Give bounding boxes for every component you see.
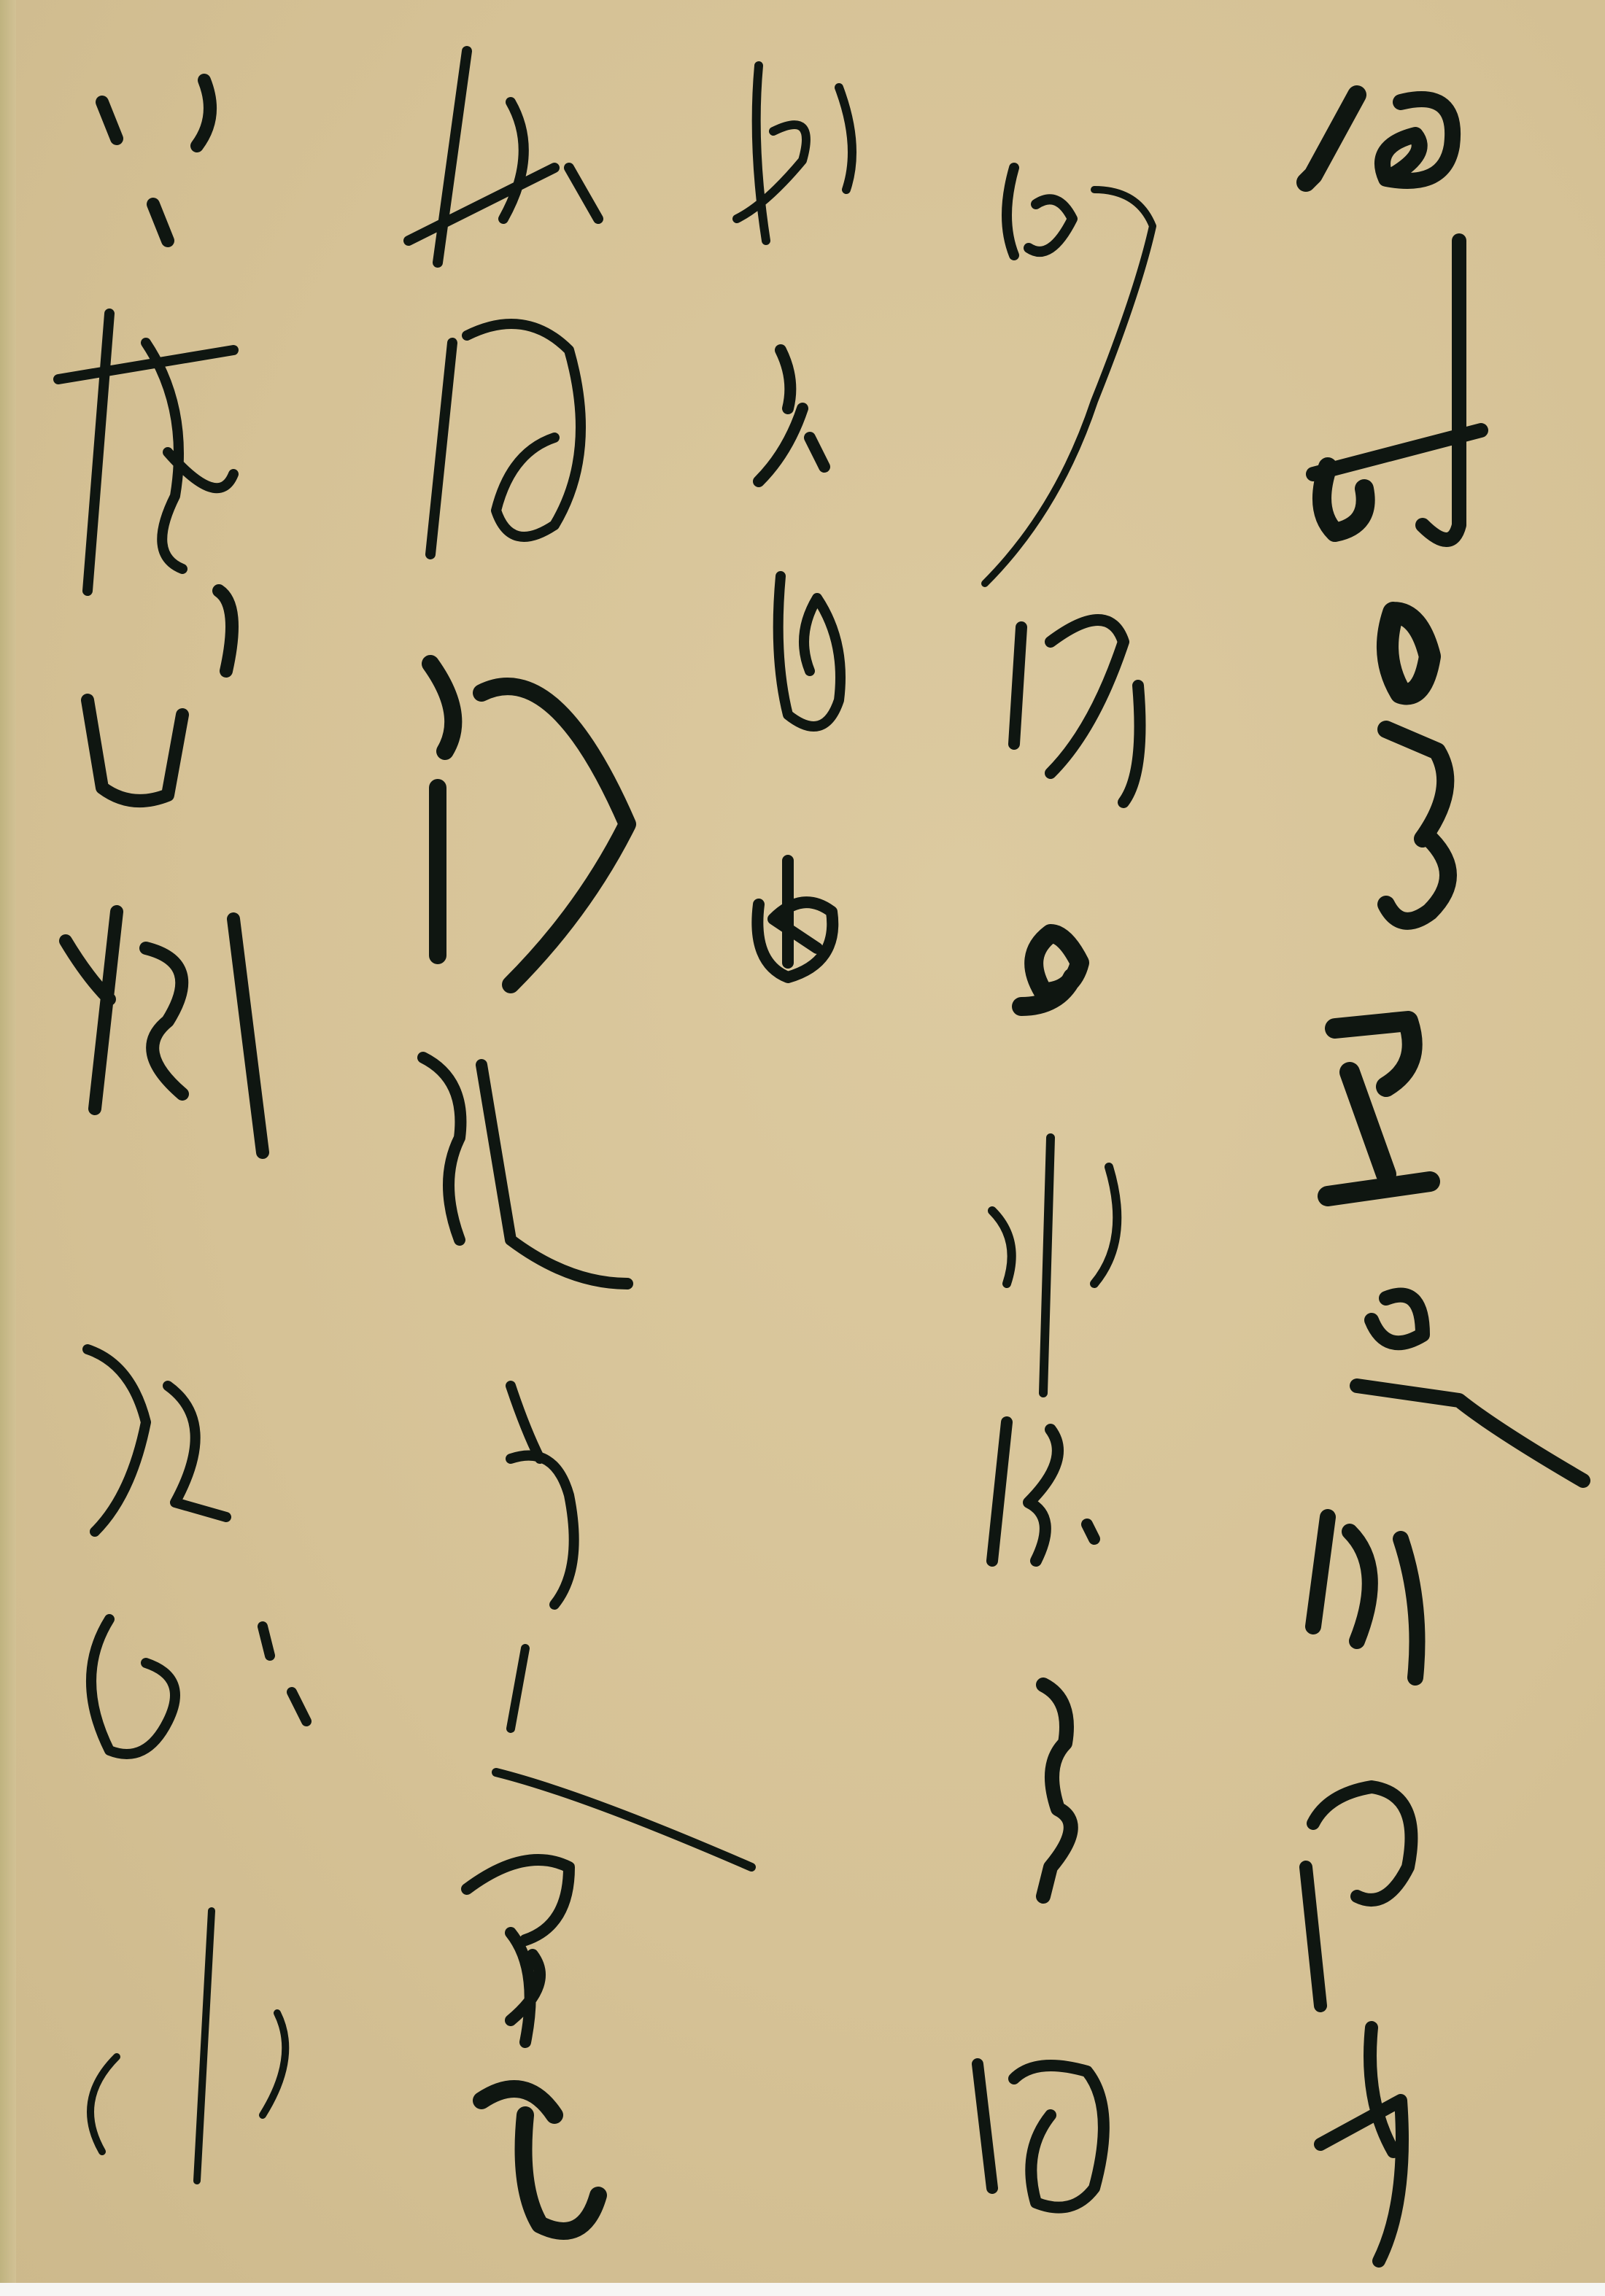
bottom-margin bbox=[0, 2283, 1605, 2296]
column-1 bbox=[1306, 95, 1583, 2261]
column-2 bbox=[978, 168, 1153, 2208]
calligraphy-strokes bbox=[0, 0, 1605, 2283]
column-5 bbox=[58, 80, 306, 2181]
column-4 bbox=[409, 51, 751, 2231]
column-3 bbox=[737, 66, 852, 977]
